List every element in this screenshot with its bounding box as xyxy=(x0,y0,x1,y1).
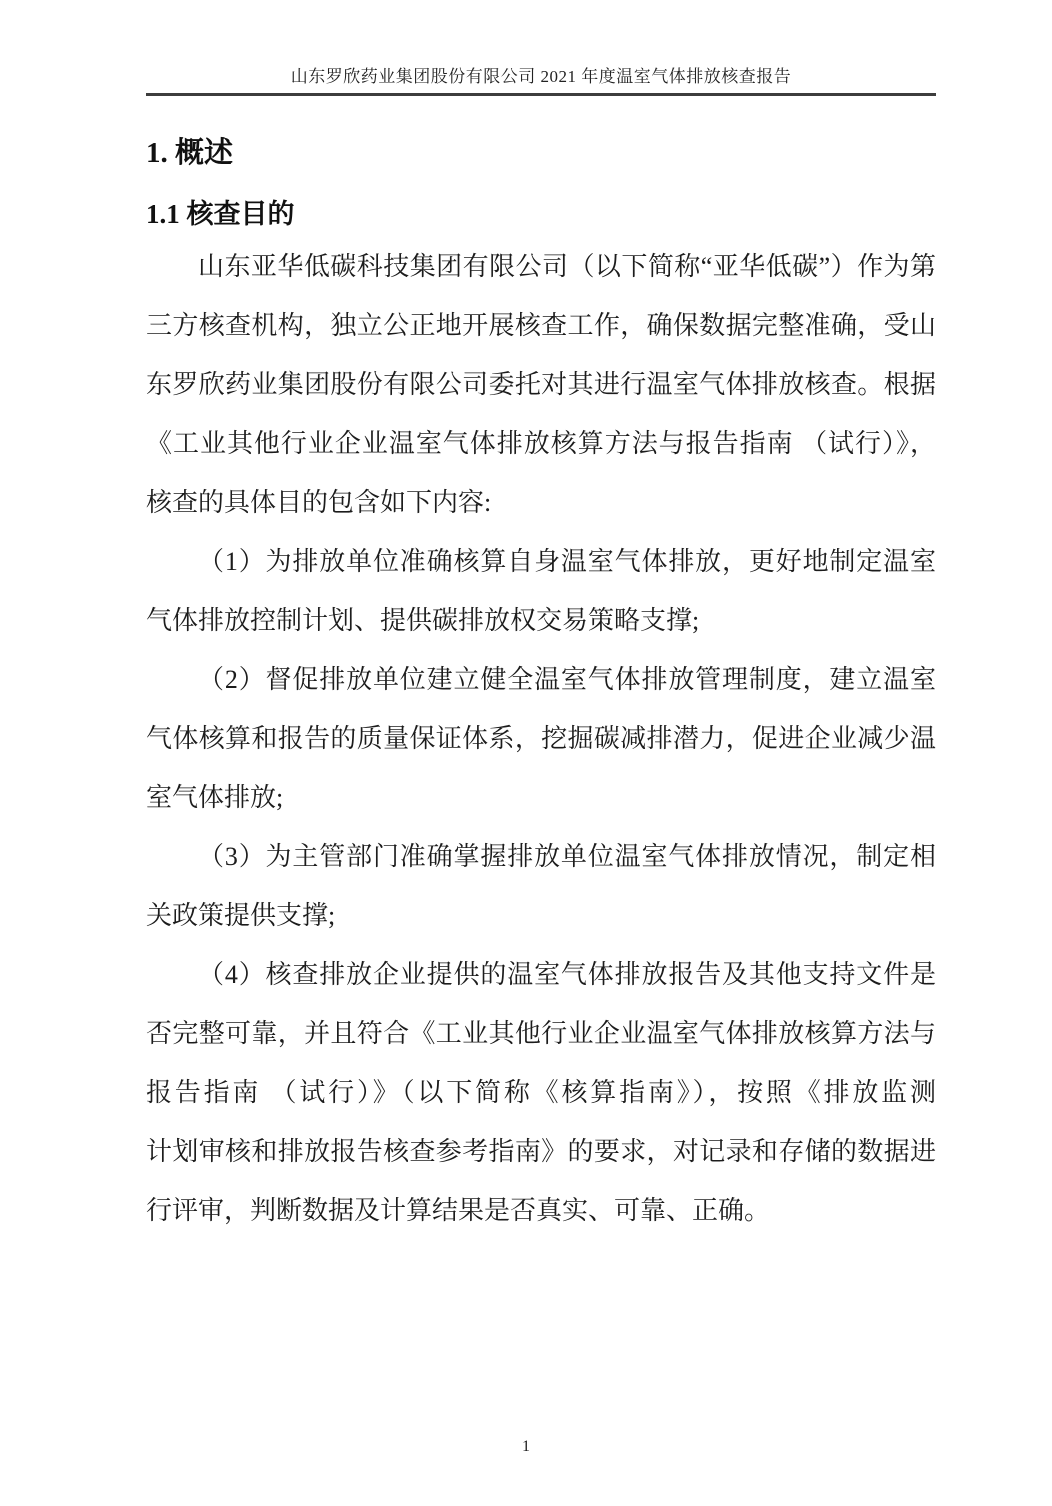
body-text: 山东亚华低碳科技集团有限公司（以下简称“亚华低碳”）作为第 三方核查机构，独立公… xyxy=(146,237,936,1240)
paragraph-line: （3）为主管部门准确掌握排放单位温室气体排放情况，制定相 xyxy=(146,827,936,886)
running-header: 山东罗欣药业集团股份有限公司 2021 年度温室气体排放核查报告 xyxy=(146,0,936,96)
paragraph-line: 气体排放控制计划、提供碳排放权交易策略支撑; xyxy=(146,591,936,650)
paragraph-line: （1）为排放单位准确核算自身温室气体排放，更好地制定温室 xyxy=(146,532,936,591)
document-page: 山东罗欣药业集团股份有限公司 2021 年度温室气体排放核查报告 1. 概述 1… xyxy=(0,0,1052,1506)
paragraph-line: 室气体排放; xyxy=(146,768,936,827)
paragraph-line: 关政策提供支撑; xyxy=(146,886,936,945)
paragraph-line: 气体核算和报告的质量保证体系，挖掘碳减排潜力，促进企业减少温 xyxy=(146,709,936,768)
section-heading-verification-purpose: 1.1 核查目的 xyxy=(146,192,295,231)
paragraph-line: 否完整可靠，并且符合《工业其他行业企业温室气体排放核算方法与 xyxy=(146,1004,936,1063)
paragraph-line: 《工业其他行业企业温室气体排放核算方法与报告指南 （试行）》， xyxy=(146,414,936,473)
paragraph-line: （4）核查排放企业提供的温室气体排放报告及其他支持文件是 xyxy=(146,945,936,1004)
paragraph-line: 核查的具体目的包含如下内容: xyxy=(146,473,936,532)
paragraph-line: 报告指南 （试行）》（以下简称《核算指南》），按照《排放监测 xyxy=(146,1063,936,1122)
paragraph-line: 山东亚华低碳科技集团有限公司（以下简称“亚华低碳”）作为第 xyxy=(146,237,936,296)
paragraph-line: 计划审核和排放报告核查参考指南》的要求，对记录和存储的数据进 xyxy=(146,1122,936,1181)
paragraph-line: 东罗欣药业集团股份有限公司委托对其进行温室气体排放核查。根据 xyxy=(146,355,936,414)
paragraph-line: 三方核查机构，独立公正地开展核查工作，确保数据完整准确，受山 xyxy=(146,296,936,355)
paragraph-line: （2）督促排放单位建立健全温室气体排放管理制度，建立温室 xyxy=(146,650,936,709)
section-heading-overview: 1. 概述 xyxy=(146,130,233,171)
paragraph-line: 行评审，判断数据及计算结果是否真实、可靠、正确。 xyxy=(146,1181,936,1240)
page-number: 1 xyxy=(0,1438,1052,1456)
